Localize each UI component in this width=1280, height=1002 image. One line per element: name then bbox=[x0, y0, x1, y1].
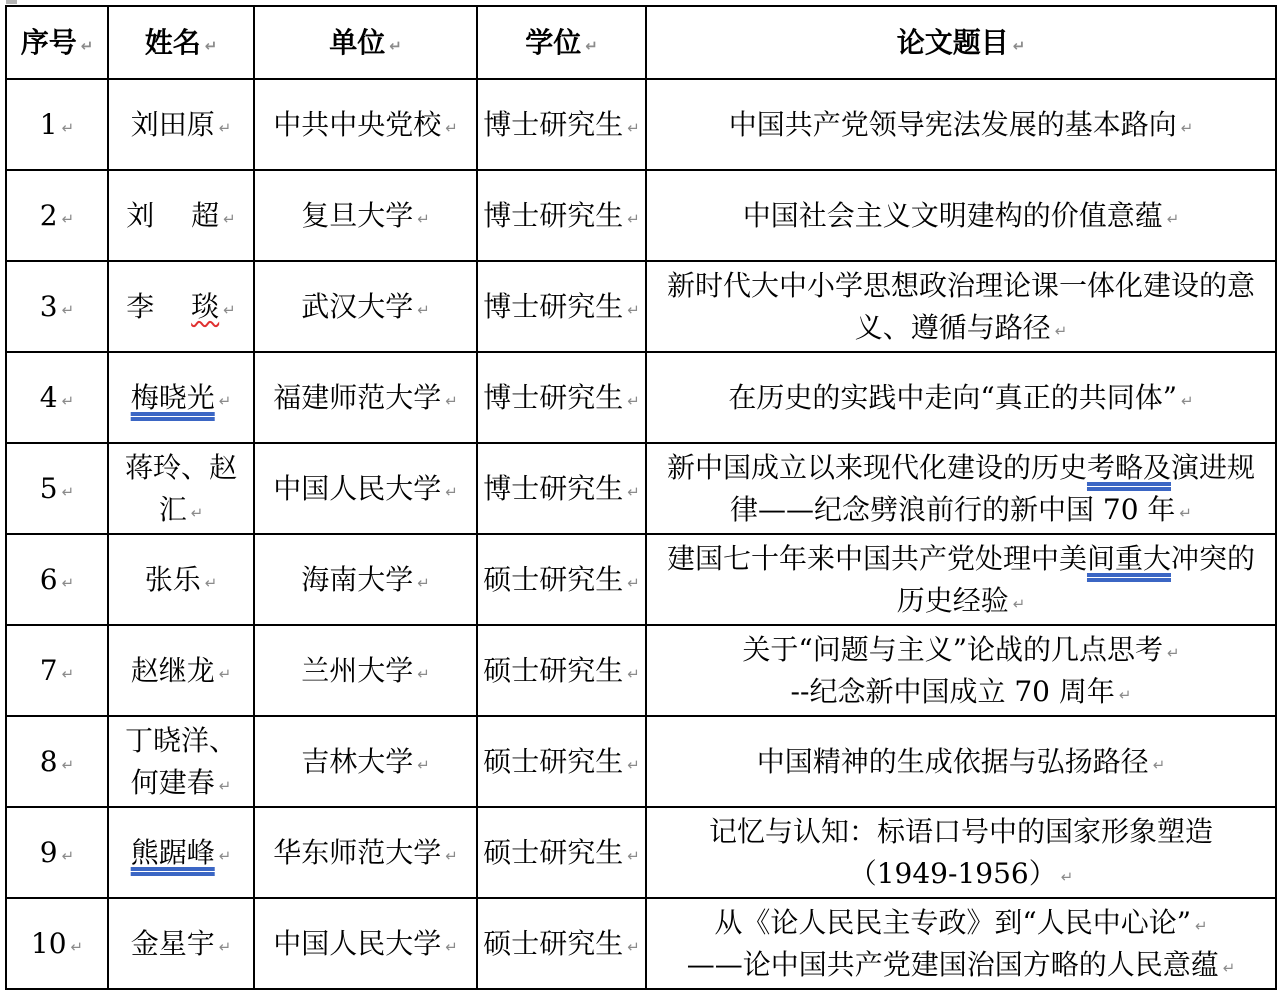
paragraph-mark-icon: ↵ bbox=[1153, 756, 1166, 774]
paragraph-mark-icon: ↵ bbox=[62, 847, 75, 865]
cell-name: 熊踞峰↵ bbox=[108, 807, 254, 898]
grammar-underline: 间重大 bbox=[1087, 542, 1171, 575]
paragraph-mark-icon: ↵ bbox=[417, 210, 430, 228]
paragraph-mark-icon: ↵ bbox=[1013, 595, 1026, 613]
paragraph-mark-icon: ↵ bbox=[627, 574, 640, 592]
paragraph-mark-icon: ↵ bbox=[1013, 37, 1026, 55]
paragraph-mark-icon: ↵ bbox=[417, 756, 430, 774]
cell-no: 5↵ bbox=[6, 443, 108, 534]
column-header-label: 序号 bbox=[21, 26, 77, 59]
column-header-label: 姓名 bbox=[145, 26, 201, 59]
cell-no: 3↵ bbox=[6, 261, 108, 352]
paragraph-mark-icon: ↵ bbox=[1167, 644, 1180, 662]
table-row: 8↵丁晓洋、何建春↵吉林大学↵硕士研究生↵中国精神的生成依据与弘扬路径↵ bbox=[6, 716, 1276, 807]
table-row: 9↵熊踞峰↵华东师范大学↵硕士研究生↵记忆与认知：标语口号中的国家形象塑造（19… bbox=[6, 807, 1276, 898]
paragraph-mark-icon: ↵ bbox=[223, 210, 236, 228]
table-row: 2↵刘 超↵复旦大学↵博士研究生↵中国社会主义文明建构的价值意蕴↵ bbox=[6, 170, 1276, 261]
paragraph-mark-icon: ↵ bbox=[62, 392, 75, 410]
cell-no: 1↵ bbox=[6, 79, 108, 170]
paragraph-mark-icon: ↵ bbox=[62, 210, 75, 228]
cell-unit: 复旦大学↵ bbox=[254, 170, 477, 261]
cell-name: 丁晓洋、何建春↵ bbox=[108, 716, 254, 807]
paragraph-mark-icon: ↵ bbox=[1061, 868, 1074, 886]
cell-title: 在历史的实践中走向“真正的共同体”↵ bbox=[646, 352, 1276, 443]
paragraph-mark-icon: ↵ bbox=[445, 938, 458, 956]
table-row: 10↵金星宇↵中国人民大学↵硕士研究生↵从《论人民民主专政》到“人民中心论”↵—… bbox=[6, 898, 1276, 989]
cell-unit: 福建师范大学↵ bbox=[254, 352, 477, 443]
paragraph-mark-icon: ↵ bbox=[445, 483, 458, 501]
spellcheck-underline: 琰 bbox=[191, 290, 219, 323]
paragraph-mark-icon: ↵ bbox=[445, 119, 458, 137]
cell-unit: 华东师范大学↵ bbox=[254, 807, 477, 898]
paragraph-mark-icon: ↵ bbox=[1181, 119, 1194, 137]
cell-name: 李 琰↵ bbox=[108, 261, 254, 352]
grammar-underline: 考略及 bbox=[1087, 451, 1171, 484]
cell-title: 中国共产党领导宪法发展的基本路向↵ bbox=[646, 79, 1276, 170]
cell-degree: 博士研究生↵ bbox=[477, 352, 646, 443]
paragraph-mark-icon: ↵ bbox=[62, 756, 75, 774]
paragraph-mark-icon: ↵ bbox=[627, 119, 640, 137]
column-header-title: 论文题目↵ bbox=[646, 6, 1276, 79]
paragraph-mark-icon: ↵ bbox=[417, 665, 430, 683]
paragraph-mark-icon: ↵ bbox=[417, 574, 430, 592]
table-row: 7↵赵继龙↵兰州大学↵硕士研究生↵关于“问题与主义”论战的几点思考↵--纪念新中… bbox=[6, 625, 1276, 716]
paragraph-mark-icon: ↵ bbox=[62, 483, 75, 501]
cell-name: 梅晓光↵ bbox=[108, 352, 254, 443]
paragraph-mark-icon: ↵ bbox=[62, 301, 75, 319]
cell-no: 2↵ bbox=[6, 170, 108, 261]
cell-title: 建国七十年来中国共产党处理中美间重大冲突的历史经验↵ bbox=[646, 534, 1276, 625]
paragraph-mark-icon: ↵ bbox=[585, 37, 598, 55]
paragraph-mark-icon: ↵ bbox=[219, 119, 232, 137]
cell-name: 赵继龙↵ bbox=[108, 625, 254, 716]
cell-degree: 硕士研究生↵ bbox=[477, 534, 646, 625]
paragraph-mark-icon: ↵ bbox=[223, 301, 236, 319]
cell-degree: 硕士研究生↵ bbox=[477, 807, 646, 898]
cell-degree: 硕士研究生↵ bbox=[477, 716, 646, 807]
cell-unit: 中共中央党校↵ bbox=[254, 79, 477, 170]
cell-title: 新时代大中小学思想政治理论课一体化建设的意义、遵循与路径↵ bbox=[646, 261, 1276, 352]
paragraph-mark-icon: ↵ bbox=[445, 847, 458, 865]
cell-unit: 吉林大学↵ bbox=[254, 716, 477, 807]
cell-degree: 博士研究生↵ bbox=[477, 443, 646, 534]
paragraph-mark-icon: ↵ bbox=[205, 574, 218, 592]
paragraph-mark-icon: ↵ bbox=[71, 938, 84, 956]
paragraph-mark-icon: ↵ bbox=[219, 777, 232, 795]
paragraph-mark-icon: ↵ bbox=[627, 483, 640, 501]
header-row: 序号↵ 姓名↵ 单位↵ 学位↵ 论文题目↵ bbox=[6, 6, 1276, 79]
cell-degree: 博士研究生↵ bbox=[477, 261, 646, 352]
paragraph-mark-icon: ↵ bbox=[1179, 504, 1192, 522]
table-row: 4↵梅晓光↵福建师范大学↵博士研究生↵在历史的实践中走向“真正的共同体”↵ bbox=[6, 352, 1276, 443]
cell-title: 关于“问题与主义”论战的几点思考↵--纪念新中国成立 70 周年↵ bbox=[646, 625, 1276, 716]
paragraph-mark-icon: ↵ bbox=[1119, 686, 1132, 704]
cell-unit: 武汉大学↵ bbox=[254, 261, 477, 352]
cell-title: 中国社会主义文明建构的价值意蕴↵ bbox=[646, 170, 1276, 261]
table-body: 1↵刘田原↵中共中央党校↵博士研究生↵中国共产党领导宪法发展的基本路向↵2↵刘 … bbox=[6, 79, 1276, 989]
paragraph-mark-icon: ↵ bbox=[1195, 917, 1208, 935]
cell-unit: 兰州大学↵ bbox=[254, 625, 477, 716]
cell-no: 4↵ bbox=[6, 352, 108, 443]
paragraph-mark-icon: ↵ bbox=[62, 665, 75, 683]
cell-degree: 博士研究生↵ bbox=[477, 79, 646, 170]
paragraph-mark-icon: ↵ bbox=[1181, 392, 1194, 410]
cell-unit: 中国人民大学↵ bbox=[254, 898, 477, 989]
cell-name: 刘田原↵ bbox=[108, 79, 254, 170]
cell-title: 中国精神的生成依据与弘扬路径↵ bbox=[646, 716, 1276, 807]
paragraph-mark-icon: ↵ bbox=[627, 756, 640, 774]
grammar-underline: 熊踞峰 bbox=[131, 836, 215, 869]
paragraph-mark-icon: ↵ bbox=[417, 301, 430, 319]
cell-unit: 海南大学↵ bbox=[254, 534, 477, 625]
cell-no: 7↵ bbox=[6, 625, 108, 716]
table-row: 6↵张乐↵海南大学↵硕士研究生↵建国七十年来中国共产党处理中美间重大冲突的历史经… bbox=[6, 534, 1276, 625]
cell-name: 张乐↵ bbox=[108, 534, 254, 625]
cell-name: 金星宇↵ bbox=[108, 898, 254, 989]
column-header-name: 姓名↵ bbox=[108, 6, 254, 79]
column-header-label: 学位 bbox=[525, 26, 581, 59]
cell-degree: 博士研究生↵ bbox=[477, 170, 646, 261]
column-header-unit: 单位↵ bbox=[254, 6, 477, 79]
paragraph-mark-icon: ↵ bbox=[627, 301, 640, 319]
paragraph-mark-icon: ↵ bbox=[1055, 322, 1068, 340]
paragraph-mark-icon: ↵ bbox=[627, 392, 640, 410]
table-row: 1↵刘田原↵中共中央党校↵博士研究生↵中国共产党领导宪法发展的基本路向↵ bbox=[6, 79, 1276, 170]
cell-no: 10↵ bbox=[6, 898, 108, 989]
cell-title: 从《论人民民主专政》到“人民中心论”↵——论中国共产党建国治国方略的人民意蕴↵ bbox=[646, 898, 1276, 989]
paragraph-mark-icon: ↵ bbox=[81, 37, 94, 55]
table-row: 3↵李 琰↵武汉大学↵博士研究生↵新时代大中小学思想政治理论课一体化建设的意义、… bbox=[6, 261, 1276, 352]
cell-no: 8↵ bbox=[6, 716, 108, 807]
cell-degree: 硕士研究生↵ bbox=[477, 625, 646, 716]
table-row: 5↵蒋玲、赵汇↵中国人民大学↵博士研究生↵新中国成立以来现代化建设的历史考略及演… bbox=[6, 443, 1276, 534]
paragraph-mark-icon: ↵ bbox=[1223, 959, 1236, 977]
column-header-label: 论文题目 bbox=[897, 26, 1009, 59]
paragraph-mark-icon: ↵ bbox=[219, 938, 232, 956]
table-handle-icon bbox=[6, 0, 17, 4]
column-header-no: 序号↵ bbox=[6, 6, 108, 79]
cell-title: 新中国成立以来现代化建设的历史考略及演进规律——纪念劈浪前行的新中国 70 年↵ bbox=[646, 443, 1276, 534]
paragraph-mark-icon: ↵ bbox=[219, 392, 232, 410]
cell-no: 6↵ bbox=[6, 534, 108, 625]
paragraph-mark-icon: ↵ bbox=[1167, 210, 1180, 228]
paragraph-mark-icon: ↵ bbox=[205, 37, 218, 55]
paragraph-mark-icon: ↵ bbox=[219, 665, 232, 683]
cell-name: 蒋玲、赵汇↵ bbox=[108, 443, 254, 534]
paragraph-mark-icon: ↵ bbox=[191, 504, 204, 522]
paragraph-mark-icon: ↵ bbox=[62, 574, 75, 592]
paragraph-mark-icon: ↵ bbox=[627, 847, 640, 865]
column-header-degree: 学位↵ bbox=[477, 6, 646, 79]
cell-title: 记忆与认知：标语口号中的国家形象塑造（1949-1956）↵ bbox=[646, 807, 1276, 898]
paragraph-mark-icon: ↵ bbox=[627, 938, 640, 956]
grammar-underline: 梅晓光 bbox=[131, 381, 215, 414]
paragraph-mark-icon: ↵ bbox=[219, 847, 232, 865]
paragraph-mark-icon: ↵ bbox=[627, 210, 640, 228]
paragraph-mark-icon: ↵ bbox=[389, 37, 402, 55]
cell-unit: 中国人民大学↵ bbox=[254, 443, 477, 534]
paragraph-mark-icon: ↵ bbox=[62, 119, 75, 137]
cell-no: 9↵ bbox=[6, 807, 108, 898]
paragraph-mark-icon: ↵ bbox=[627, 665, 640, 683]
column-header-label: 单位 bbox=[329, 26, 385, 59]
thesis-table: 序号↵ 姓名↵ 单位↵ 学位↵ 论文题目↵ 1↵刘田原↵中共中央党校↵博士研究生… bbox=[5, 5, 1277, 990]
cell-degree: 硕士研究生↵ bbox=[477, 898, 646, 989]
cell-name: 刘 超↵ bbox=[108, 170, 254, 261]
paragraph-mark-icon: ↵ bbox=[445, 392, 458, 410]
